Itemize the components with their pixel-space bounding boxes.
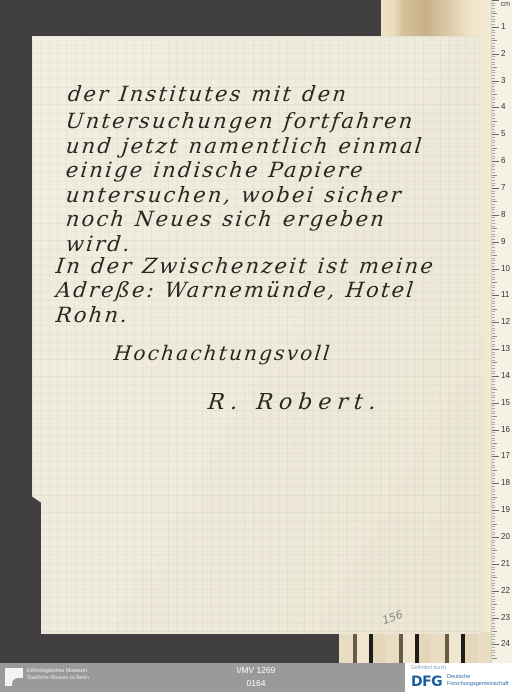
letter-line-1: der Institutes mit den xyxy=(67,82,350,106)
ruler-tick xyxy=(492,32,495,33)
ruler-label: 24 xyxy=(501,639,510,648)
ruler-tick xyxy=(492,440,495,441)
ruler-tick xyxy=(492,269,499,270)
ruler-tick xyxy=(492,180,495,181)
ruler-tick xyxy=(492,422,495,423)
letter-line-8: In der Zwischenzeit ist meine xyxy=(55,254,437,278)
ruler-label: 19 xyxy=(501,505,510,514)
ruler-tick xyxy=(492,183,495,184)
letter-line-10: Rohn. xyxy=(55,303,131,327)
ruler-unit-label: cm xyxy=(501,1,510,8)
ruler-tick xyxy=(492,505,495,506)
ruler-tick xyxy=(492,486,495,487)
ruler-tick xyxy=(492,405,495,406)
ruler-tick xyxy=(492,658,497,659)
ruler-tick xyxy=(492,561,495,562)
ruler-tick xyxy=(492,274,495,275)
ruler-tick xyxy=(492,550,497,551)
letter-signature: R. Robert. xyxy=(207,390,383,415)
ruler-tick xyxy=(492,542,495,543)
ruler-tick xyxy=(492,642,495,643)
ruler-tick xyxy=(492,360,495,361)
letter-line-9: Adreße: Warnemünde, Hotel xyxy=(55,278,417,302)
ruler-label: 11 xyxy=(501,290,509,299)
document-viewer: der Institutes mit den Untersuchungen fo… xyxy=(0,0,512,663)
ruler-tick xyxy=(492,70,495,71)
ruler-tick xyxy=(492,67,497,68)
ruler-tick xyxy=(492,51,495,52)
ruler-tick xyxy=(492,448,495,449)
ruler-tick xyxy=(492,604,497,605)
ruler-tick xyxy=(492,626,495,627)
ruler-label: 2 xyxy=(501,49,505,58)
ruler-label: 20 xyxy=(501,532,510,541)
ruler-tick xyxy=(492,196,495,197)
ruler-tick xyxy=(492,567,495,568)
ruler-tick xyxy=(492,432,495,433)
ruler-tick xyxy=(492,223,495,224)
ruler-tick xyxy=(492,518,495,519)
ruler-tick xyxy=(492,207,495,208)
ruler-label: 18 xyxy=(501,478,510,487)
ruler-tick xyxy=(492,349,499,350)
ruler-tick xyxy=(492,24,495,25)
ruler-tick xyxy=(492,64,495,65)
ruler-tick xyxy=(492,193,495,194)
ruler-tick xyxy=(492,169,495,170)
ruler-label: 21 xyxy=(501,559,510,568)
ruler-tick xyxy=(492,344,495,345)
ruler-tick xyxy=(492,115,495,116)
ruler-tick xyxy=(492,408,495,409)
ruler-tick xyxy=(492,102,495,103)
ruler-tick xyxy=(492,317,495,318)
ruler-tick xyxy=(492,540,495,541)
ruler-tick xyxy=(492,529,495,530)
ruler-label: 12 xyxy=(501,317,510,326)
ruler-tick xyxy=(492,424,495,425)
ruler-tick xyxy=(492,164,495,165)
ruler-tick xyxy=(492,462,495,463)
ruler-tick xyxy=(492,228,497,229)
ruler-tick xyxy=(492,478,495,479)
ruler-tick xyxy=(492,636,495,637)
letter-line-4: einige indische Papiere xyxy=(65,158,366,182)
ruler-tick xyxy=(492,263,495,264)
ruler-tick xyxy=(492,330,495,331)
ruler-tick xyxy=(492,548,495,549)
ruler-tick xyxy=(492,583,495,584)
ruler-tick xyxy=(492,497,497,498)
ruler-tick xyxy=(492,217,495,218)
dfg-logo-icon: DFG xyxy=(411,674,442,690)
ruler-tick xyxy=(492,142,495,143)
ruler-tick xyxy=(492,524,497,525)
ruler-tick xyxy=(492,569,495,570)
archive-side-mark: 4014 TA 2947 xyxy=(10,510,23,586)
ruler-tick xyxy=(492,175,497,176)
ruler-tick xyxy=(492,250,495,251)
ruler-tick xyxy=(492,655,495,656)
ruler-tick xyxy=(492,354,495,355)
ruler-tick xyxy=(492,381,495,382)
ruler-tick xyxy=(492,27,499,28)
ruler-tick xyxy=(492,209,495,210)
ruler-label: 23 xyxy=(501,613,510,622)
ruler-tick xyxy=(492,451,495,452)
ruler-tick xyxy=(492,306,495,307)
ruler-tick xyxy=(492,609,495,610)
ruler-tick xyxy=(492,513,495,514)
ruler-tick xyxy=(492,389,497,390)
ruler-tick xyxy=(492,456,499,457)
ruler-tick xyxy=(492,38,495,39)
ruler-tick xyxy=(492,564,499,565)
dark-backdrop xyxy=(0,0,381,35)
ruler-tick xyxy=(492,320,495,321)
ruler-tick xyxy=(492,416,497,417)
ruler-tick xyxy=(492,438,495,439)
ruler-tick xyxy=(492,368,495,369)
ruler-tick xyxy=(492,392,495,393)
ruler-tick xyxy=(492,158,495,159)
ruler-tick xyxy=(492,618,499,619)
ruler-tick xyxy=(492,580,495,581)
ruler-tick xyxy=(492,0,499,1)
ruler-tick xyxy=(492,59,495,60)
ruler-tick xyxy=(492,287,495,288)
ruler-tick xyxy=(492,3,495,4)
ruler-tick xyxy=(492,279,495,280)
ruler-tick xyxy=(492,558,495,559)
ruler-tick xyxy=(492,612,495,613)
centimeter-ruler: cm 1234567891011121314151617181920212223… xyxy=(491,0,512,663)
ruler-label: 5 xyxy=(501,129,505,138)
ruler-tick xyxy=(492,328,495,329)
ruler-tick xyxy=(492,491,495,492)
ruler-label: 16 xyxy=(501,425,510,434)
ruler-tick xyxy=(492,78,495,79)
ruler-label: 10 xyxy=(501,264,510,273)
ruler-tick xyxy=(492,19,495,20)
ruler-tick xyxy=(492,352,495,353)
ruler-tick xyxy=(492,177,495,178)
ruler-tick xyxy=(492,620,495,621)
ruler-tick xyxy=(492,607,495,608)
ruler-tick xyxy=(492,83,495,84)
ruler-tick xyxy=(492,413,495,414)
ruler-tick xyxy=(492,634,495,635)
ruler-tick xyxy=(492,379,495,380)
ruler-tick xyxy=(492,346,495,347)
ruler-tick xyxy=(492,137,495,138)
ruler-tick xyxy=(492,371,495,372)
ruler-tick xyxy=(492,132,495,133)
ruler-tick xyxy=(492,199,495,200)
ruler-tick xyxy=(492,373,495,374)
ruler-tick xyxy=(492,516,495,517)
ruler-label: 3 xyxy=(501,76,505,85)
ruler-tick xyxy=(492,56,495,57)
funder-name-line1: Deutsche xyxy=(447,674,470,680)
ruler-label: 15 xyxy=(501,398,510,407)
ruler-tick xyxy=(492,507,495,508)
footer-bar: Ethnologisches Museum Staatliche Museen … xyxy=(0,663,512,692)
ruler-tick xyxy=(492,532,495,533)
funder-name-line2: Forschungsgemeinschaft xyxy=(447,681,508,687)
ruler-tick xyxy=(492,362,497,363)
ruler-tick xyxy=(492,54,499,55)
ruler-tick xyxy=(492,212,495,213)
ruler-tick xyxy=(492,419,495,420)
ruler-label: 22 xyxy=(501,586,510,595)
ruler-tick xyxy=(492,384,495,385)
letter-line-5: untersuchen, wobei sicher xyxy=(65,183,405,207)
ruler-tick xyxy=(492,623,495,624)
ruler-tick xyxy=(492,236,495,237)
ruler-tick xyxy=(492,301,495,302)
ruler-tick xyxy=(492,201,497,202)
ruler-tick xyxy=(492,13,497,14)
ruler-tick xyxy=(492,40,497,41)
ruler-tick xyxy=(492,113,495,114)
ruler-tick xyxy=(492,475,495,476)
ruler-label: 8 xyxy=(501,210,505,219)
ruler-tick xyxy=(492,86,495,87)
ruler-tick xyxy=(492,553,495,554)
ruler-tick xyxy=(492,639,495,640)
ruler-tick xyxy=(492,588,495,589)
ruler-tick xyxy=(492,99,495,100)
ruler-tick xyxy=(492,239,495,240)
ruler-tick xyxy=(492,395,495,396)
ruler-tick xyxy=(492,148,497,149)
ruler-tick xyxy=(492,467,495,468)
ruler-tick xyxy=(492,290,495,291)
ruler-tick xyxy=(492,502,495,503)
ruler-tick xyxy=(492,129,495,130)
ruler-tick xyxy=(492,483,499,484)
ruler-tick xyxy=(492,145,495,146)
ruler-tick xyxy=(492,110,495,111)
ruler-tick xyxy=(492,470,497,471)
ruler-tick xyxy=(492,298,495,299)
ruler-label: 14 xyxy=(501,371,510,380)
ruler-tick xyxy=(492,293,495,294)
letter-line-2: Untersuchungen fortfahren xyxy=(65,109,416,133)
ruler-tick xyxy=(492,494,495,495)
ruler-tick xyxy=(492,5,495,6)
letter-line-3: und jetzt namentlich einmal xyxy=(65,134,425,158)
ruler-tick xyxy=(492,387,495,388)
ruler-tick xyxy=(492,255,497,256)
ruler-tick xyxy=(492,443,497,444)
ruler-tick xyxy=(492,30,495,31)
ruler-tick xyxy=(492,16,495,17)
ruler-tick xyxy=(492,185,495,186)
ruler-tick xyxy=(492,97,495,98)
ruler-tick xyxy=(492,46,495,47)
ruler-tick xyxy=(492,631,497,632)
ruler-tick xyxy=(492,537,499,538)
ruler-label: 4 xyxy=(501,102,505,111)
ruler-label: 6 xyxy=(501,156,505,165)
ruler-tick xyxy=(492,35,495,36)
ruler-tick xyxy=(492,91,495,92)
ruler-tick xyxy=(492,118,495,119)
letter-closing: Hochachtungsvoll xyxy=(113,341,333,365)
ruler-tick xyxy=(492,650,495,651)
ruler-tick xyxy=(492,481,495,482)
ruler-tick xyxy=(492,615,495,616)
ruler-tick xyxy=(492,43,495,44)
ruler-tick xyxy=(492,534,495,535)
ruler-tick xyxy=(492,545,495,546)
funder-badge: Gefördert durch DFG Deutsche Forschungsg… xyxy=(405,663,512,692)
ruler-tick xyxy=(492,652,495,653)
ruler-tick xyxy=(492,403,499,404)
ruler-tick xyxy=(492,473,495,474)
ruler-tick xyxy=(492,585,495,586)
ruler-tick xyxy=(492,21,495,22)
ruler-tick xyxy=(492,204,495,205)
ruler-tick xyxy=(492,266,495,267)
ruler-tick xyxy=(492,242,499,243)
ruler-tick xyxy=(492,215,499,216)
ruler-tick xyxy=(492,244,495,245)
ruler-tick xyxy=(492,333,495,334)
ruler-tick xyxy=(492,365,495,366)
ruler-tick xyxy=(492,75,495,76)
ruler-label: 7 xyxy=(501,183,505,192)
ruler-tick xyxy=(492,427,495,428)
ruler-tick xyxy=(492,510,499,511)
ruler-tick xyxy=(492,166,495,167)
ruler-tick xyxy=(492,140,495,141)
ruler-tick xyxy=(492,499,495,500)
ruler-tick xyxy=(492,94,497,95)
ruler-tick xyxy=(492,314,495,315)
ruler-tick xyxy=(492,357,495,358)
ruler-tick xyxy=(492,591,499,592)
letter-line-7: wird. xyxy=(65,232,133,256)
ruler-tick xyxy=(492,62,495,63)
ruler-tick xyxy=(492,435,495,436)
ruler-tick xyxy=(492,556,495,557)
ruler-tick xyxy=(492,285,495,286)
ruler-label: 1 xyxy=(501,22,505,31)
ruler-tick xyxy=(492,260,495,261)
ruler-tick xyxy=(492,411,495,412)
ruler-tick xyxy=(492,295,499,296)
ruler-label: 9 xyxy=(501,237,505,246)
ruler-tick xyxy=(492,325,495,326)
ruler-tick xyxy=(492,430,499,431)
ruler-tick xyxy=(492,252,495,253)
ruler-tick xyxy=(492,277,495,278)
ruler-tick xyxy=(492,303,495,304)
ruler-tick xyxy=(492,596,495,597)
ruler-tick xyxy=(492,89,495,90)
ruler-tick xyxy=(492,105,495,106)
ruler-tick xyxy=(492,575,495,576)
ruler-tick xyxy=(492,271,495,272)
ruler-tick xyxy=(492,72,495,73)
archive-bottom-number: 156 xyxy=(380,608,404,627)
ruler-tick xyxy=(492,601,495,602)
ruler-tick xyxy=(492,341,495,342)
ruler-tick xyxy=(492,400,495,401)
ruler-label: 17 xyxy=(501,451,510,460)
ruler-tick xyxy=(492,311,495,312)
ruler-tick xyxy=(492,376,499,377)
ruler-tick xyxy=(492,134,499,135)
ruler-tick xyxy=(492,247,495,248)
ruler-tick xyxy=(492,322,499,323)
ruler-tick xyxy=(492,647,495,648)
letter-page: der Institutes mit den Untersuchungen fo… xyxy=(32,36,482,634)
ruler-tick xyxy=(492,282,497,283)
ruler-tick xyxy=(492,188,499,189)
ruler-tick xyxy=(492,153,495,154)
ruler-tick xyxy=(492,234,495,235)
ruler-tick xyxy=(492,172,495,173)
ruler-tick xyxy=(492,161,499,162)
ruler-tick xyxy=(492,8,495,9)
ruler-tick xyxy=(492,593,495,594)
ruler-tick xyxy=(492,81,499,82)
ruler-tick xyxy=(492,231,495,232)
ruler-tick xyxy=(492,446,495,447)
ruler-tick xyxy=(492,526,495,527)
ruler-tick xyxy=(492,258,495,259)
ruler-tick xyxy=(492,150,495,151)
ruler-tick xyxy=(492,309,497,310)
letter-line-6: noch Neues sich ergeben xyxy=(65,207,388,231)
funder-prefix: Gefördert durch xyxy=(411,665,446,671)
ruler-tick xyxy=(492,336,497,337)
ruler-tick xyxy=(492,489,495,490)
ruler-tick xyxy=(492,220,495,221)
ruler-tick xyxy=(492,126,495,127)
ruler-tick xyxy=(492,459,495,460)
ruler-tick xyxy=(492,397,495,398)
ruler-tick xyxy=(492,107,499,108)
ruler-tick xyxy=(492,465,495,466)
ruler-tick xyxy=(492,628,495,629)
ruler-tick xyxy=(492,572,495,573)
ruler-tick xyxy=(492,338,495,339)
ruler-tick xyxy=(492,226,495,227)
ruler-tick xyxy=(492,48,495,49)
ruler-tick xyxy=(492,599,495,600)
ruler-tick xyxy=(492,121,497,122)
ruler-tick xyxy=(492,124,495,125)
ruler-label: 13 xyxy=(501,344,510,353)
ruler-tick xyxy=(492,191,495,192)
background-paper-stack-bottom xyxy=(339,632,491,663)
ruler-tick xyxy=(492,11,495,12)
ruler-tick xyxy=(492,521,495,522)
ruler-tick xyxy=(492,156,495,157)
ruler-tick xyxy=(492,577,497,578)
ruler-tick xyxy=(492,454,495,455)
ruler-tick xyxy=(492,644,499,645)
